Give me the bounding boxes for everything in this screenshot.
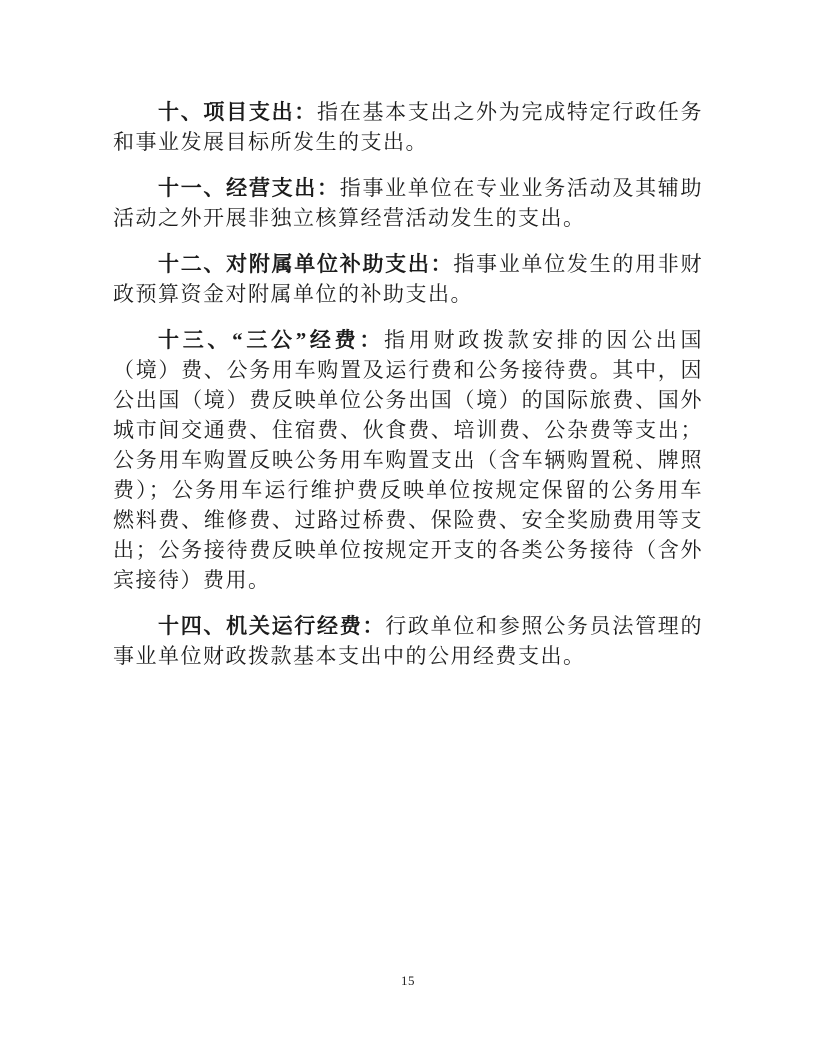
- paragraph-operating-expenditure-heading: 十一、经营支出：: [158, 176, 340, 200]
- document-content: 十、项目支出：指在基本支出之外为完成特定行政任务和事业发展目标所发生的支出。 十…: [113, 97, 703, 687]
- paragraph-operating-expenditure: 十一、经营支出：指事业单位在专业业务活动及其辅助活动之外开展非独立核算经营活动发…: [113, 173, 703, 233]
- paragraph-project-expenditure: 十、项目支出：指在基本支出之外为完成特定行政任务和事业发展目标所发生的支出。: [113, 97, 703, 157]
- paragraph-agency-operation-funds-heading: 十四、机关运行经费：: [158, 614, 385, 638]
- paragraph-subsidy-to-affiliated-units-heading: 十二、对附属单位补助支出：: [158, 252, 453, 276]
- paragraph-three-public-funds-heading: 十三、“三公”经费：: [158, 328, 384, 352]
- paragraph-three-public-funds-body: 指用财政拨款安排的因公出国（境）费、公务用车购置及运行费和公务接待费。其中，因公…: [113, 328, 703, 592]
- document-page: 十、项目支出：指在基本支出之外为完成特定行政任务和事业发展目标所发生的支出。 十…: [0, 0, 816, 1056]
- paragraph-three-public-funds: 十三、“三公”经费：指用财政拨款安排的因公出国（境）费、公务用车购置及运行费和公…: [113, 325, 703, 595]
- paragraph-agency-operation-funds: 十四、机关运行经费：行政单位和参照公务员法管理的事业单位财政拨款基本支出中的公用…: [113, 611, 703, 671]
- paragraph-subsidy-to-affiliated-units: 十二、对附属单位补助支出：指事业单位发生的用非财政预算资金对附属单位的补助支出。: [113, 249, 703, 309]
- paragraph-project-expenditure-heading: 十、项目支出：: [158, 100, 317, 124]
- page-number: 15: [0, 973, 816, 989]
